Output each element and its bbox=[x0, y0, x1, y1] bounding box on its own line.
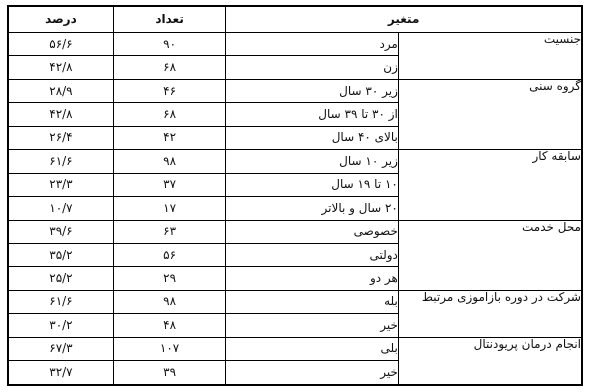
category-cell: سابقه کار bbox=[398, 150, 582, 220]
count-cell: ۴۶ bbox=[113, 79, 225, 102]
count-cell: ۵۶ bbox=[113, 243, 225, 266]
subcategory-cell: خصوصی bbox=[226, 220, 399, 243]
count-cell: ۶۸ bbox=[113, 56, 225, 79]
percent-cell: ۶۱/۶ bbox=[8, 150, 113, 173]
subcategory-cell: بله bbox=[226, 290, 399, 313]
category-cell: جنسیت bbox=[398, 33, 582, 80]
count-cell: ۹۸ bbox=[113, 290, 225, 313]
table-row: گروه سنیزیر ۳۰ سال۴۶۲۸/۹ bbox=[8, 79, 582, 102]
percent-cell: ۲۵/۲ bbox=[8, 267, 113, 290]
table-body: جنسیتمرد۹۰۵۶/۶زن۶۸۴۲/۸گروه سنیزیر ۳۰ سال… bbox=[8, 33, 582, 386]
subcategory-cell: بالای ۴۰ سال bbox=[226, 126, 399, 149]
percent-cell: ۶۱/۶ bbox=[8, 290, 113, 313]
count-cell: ۳۷ bbox=[113, 173, 225, 196]
subcategory-cell: مرد bbox=[226, 33, 399, 56]
subcategory-cell: زن bbox=[226, 56, 399, 79]
subcategory-cell: زیر ۳۰ سال bbox=[226, 79, 399, 102]
category-cell: شرکت در دوره بازآموزی مرتبط bbox=[398, 290, 582, 337]
count-cell: ۴۸ bbox=[113, 314, 225, 337]
percent-cell: ۳۵/۲ bbox=[8, 243, 113, 266]
count-cell: ۱۰۷ bbox=[113, 337, 225, 360]
subcategory-cell: بلی bbox=[226, 337, 399, 360]
table-row: محل خدمتخصوصی۶۳۳۹/۶ bbox=[8, 220, 582, 243]
subcategory-cell: ۲۰ سال و بالاتر bbox=[226, 197, 399, 220]
percent-cell: ۲۳/۳ bbox=[8, 173, 113, 196]
count-cell: ۲۹ bbox=[113, 267, 225, 290]
count-cell: ۹۰ bbox=[113, 33, 225, 56]
category-cell: محل خدمت bbox=[398, 220, 582, 290]
count-cell: ۶۸ bbox=[113, 103, 225, 126]
subcategory-cell: هر دو bbox=[226, 267, 399, 290]
percent-cell: ۴۲/۸ bbox=[8, 103, 113, 126]
percent-cell: ۴۲/۸ bbox=[8, 56, 113, 79]
subcategory-cell: زیر ۱۰ سال bbox=[226, 150, 399, 173]
count-cell: ۱۷ bbox=[113, 197, 225, 220]
frequency-table: متغیر تعداد درصد جنسیتمرد۹۰۵۶/۶زن۶۸۴۲/۸گ… bbox=[7, 5, 583, 386]
percent-cell: ۵۶/۶ bbox=[8, 33, 113, 56]
category-cell: گروه سنی bbox=[398, 79, 582, 149]
table-row: جنسیتمرد۹۰۵۶/۶ bbox=[8, 33, 582, 56]
percent-cell: ۲۶/۴ bbox=[8, 126, 113, 149]
table-row: انجام درمان پریودنتالبلی۱۰۷۶۷/۳ bbox=[8, 337, 582, 360]
percent-cell: ۱۰/۷ bbox=[8, 197, 113, 220]
subcategory-cell: خیر bbox=[226, 361, 399, 385]
count-cell: ۳۹ bbox=[113, 361, 225, 385]
percent-cell: ۶۷/۳ bbox=[8, 337, 113, 360]
header-row: متغیر تعداد درصد bbox=[8, 6, 582, 33]
percent-cell: ۲۸/۹ bbox=[8, 79, 113, 102]
count-cell: ۴۲ bbox=[113, 126, 225, 149]
count-cell: ۹۸ bbox=[113, 150, 225, 173]
category-cell: انجام درمان پریودنتال bbox=[398, 337, 582, 385]
subcategory-cell: ۱۰ تا ۱۹ سال bbox=[226, 173, 399, 196]
count-cell: ۶۳ bbox=[113, 220, 225, 243]
percent-cell: ۳۹/۶ bbox=[8, 220, 113, 243]
column-header-variable: متغیر bbox=[226, 6, 582, 33]
subcategory-cell: از ۳۰ تا ۳۹ سال bbox=[226, 103, 399, 126]
percent-cell: ۳۲/۷ bbox=[8, 361, 113, 385]
percent-cell: ۳۰/۲ bbox=[8, 314, 113, 337]
column-header-percent: درصد bbox=[8, 6, 113, 33]
table-row: شرکت در دوره بازآموزی مرتبطبله۹۸۶۱/۶ bbox=[8, 290, 582, 313]
subcategory-cell: دولتی bbox=[226, 243, 399, 266]
subcategory-cell: خیر bbox=[226, 314, 399, 337]
table-row: سابقه کارزیر ۱۰ سال۹۸۶۱/۶ bbox=[8, 150, 582, 173]
column-header-count: تعداد bbox=[113, 6, 225, 33]
